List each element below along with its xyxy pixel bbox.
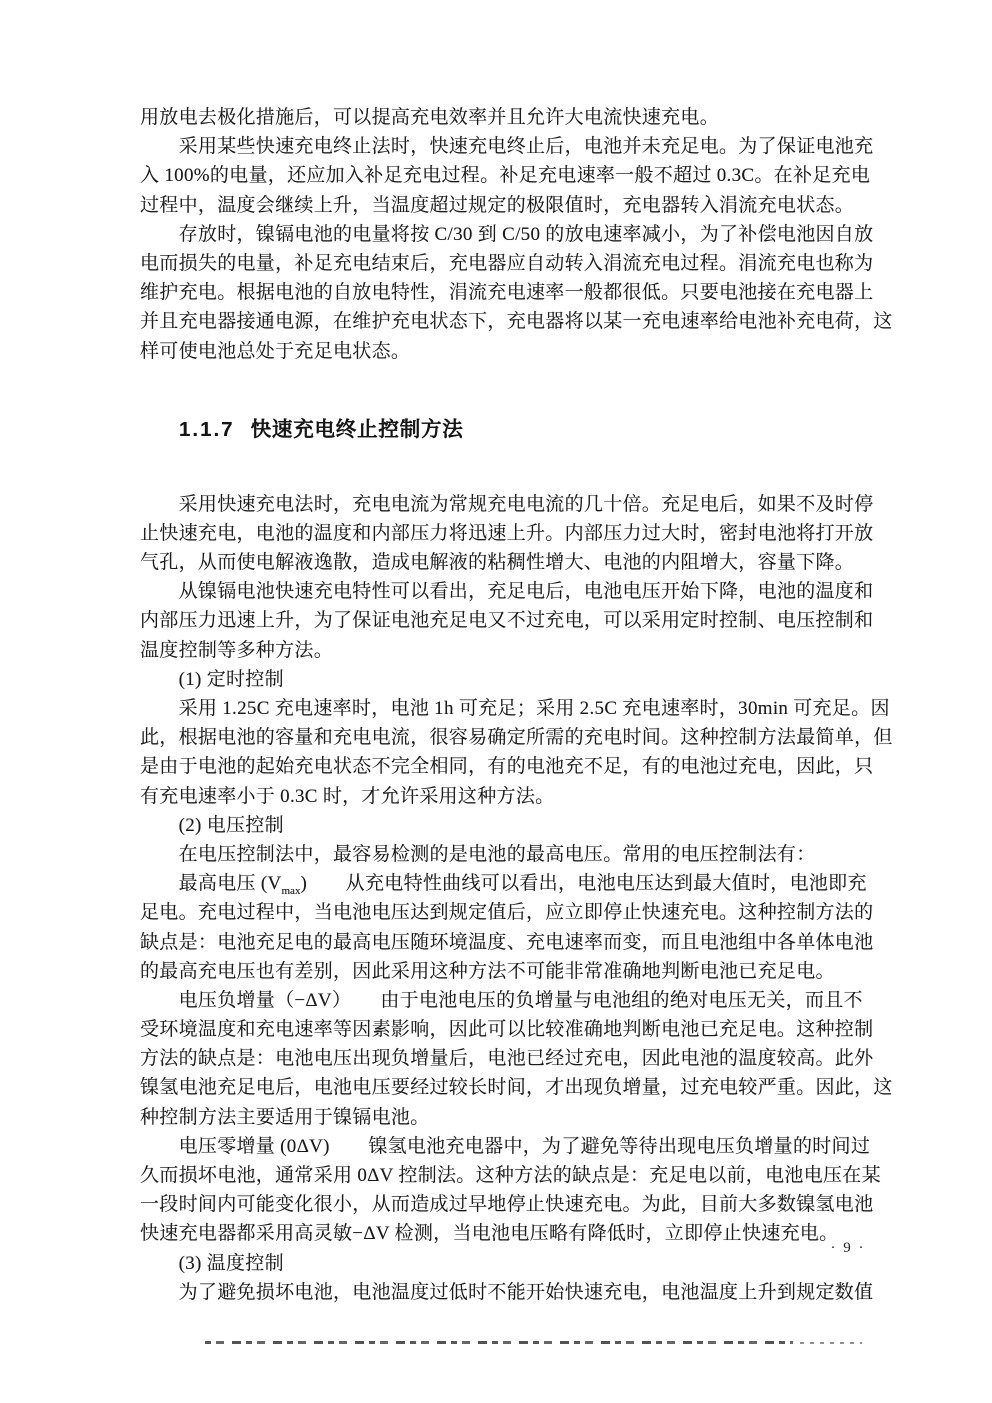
list-item-timed-control: (1) 定时控制 xyxy=(140,665,880,694)
scan-artifact-line-tail xyxy=(800,1342,862,1344)
text-line: 并且充电器接通电源，在维护充电状态下，充电器将以某一充电速率给电池补充电荷，这 xyxy=(140,307,880,336)
text-line: 维护充电。根据电池的自放电特性，涓流充电速率一般都很低。只要电池接在充电器上 xyxy=(140,278,880,307)
text-line: 缺点是：电池充足电的最高电压随环境温度、充电速率而变，而且电池组中各单体电池 xyxy=(140,928,880,957)
text-line: 采用 1.25C 充电速率时，电池 1h 可充足；采用 2.5C 充电速率时，3… xyxy=(140,694,880,723)
text-line: 足电。充电过程中，当电池电压达到规定值后，应立即停止快速充电。这种控制方法的 xyxy=(140,898,880,927)
text-line: 入 100%的电量，还应加入补足充电过程。补足充电速率一般不超过 0.3C。在补… xyxy=(140,161,880,190)
text-line: 存放时，镍镉电池的电量将按 C/30 到 C/50 的放电速率减小，为了补偿电池… xyxy=(140,220,880,249)
text-line: 采用某些快速充电终止法时，快速充电终止后，电池并未充足电。为了保证电池充 xyxy=(140,132,880,161)
text-line: 受环境温度和充电速率等因素影响，因此可以比较准确地判断电池已充足电。这种控制 xyxy=(140,1015,880,1044)
text-line: 电压零增量 (0ΔV) 镍氢电池充电器中，为了避免等待出现电压负增量的时间过 xyxy=(140,1132,880,1161)
text-line-vmax: 最高电压 (Vmax) 从充电特性曲线可以看出，电池电压达到最大值时，电池即充 xyxy=(140,869,880,898)
text-line: 方法的缺点是：电池电压出现负增量后，电池已经过充电，因此电池的温度较高。此外 xyxy=(140,1044,880,1073)
text-line: 电压负增量（−ΔV） 由于电池电压的负增量与电池组的绝对电压无关，而且不 xyxy=(140,986,880,1015)
vmax-post: ) 从充电特性曲线可以看出，电池电压达到最大值时，电池即充 xyxy=(300,873,866,894)
text-line: 气孔，从而使电解液逸散，造成电解液的粘稠性增大、电池的内阻增大，容量下降。 xyxy=(140,548,880,577)
scan-artifact-line xyxy=(205,1341,793,1344)
text-line: 的最高充电压也有差别，因此采用这种方法不可能非常准确地判断电池已充足电。 xyxy=(140,957,880,986)
text-column: 用放电去极化措施后，可以提高充电效率并且允许大电流快速充电。 采用某些快速充电终… xyxy=(140,103,880,1307)
text-line: 过程中，温度会继续上升，当温度超过规定的极限值时，充电器转入涓流充电状态。 xyxy=(140,191,880,220)
text-line: 久而损坏电池，通常采用 0ΔV 控制法。这种方法的缺点是：充足电以前，电池电压在… xyxy=(140,1161,880,1190)
text-line: 采用快速充电法时，充电电流为常规充电电流的几十倍。充足电后，如果不及时停 xyxy=(140,490,880,519)
text-line: 从镍镉电池快速充电特性可以看出，充足电后，电池电压开始下降，电池的温度和 xyxy=(140,577,880,606)
section-title: 快速充电终止控制方法 xyxy=(251,418,464,441)
text-line: 电而损失的电量，补足充电结束后，充电器应自动转入涓流充电过程。涓流充电也称为 xyxy=(140,249,880,278)
scanned-book-page: 用放电去极化措施后，可以提高充电效率并且允许大电流快速充电。 采用某些快速充电终… xyxy=(0,0,992,1403)
text-line: 内部压力迅速上升，为了保证电池充足电又不过充电，可以采用定时控制、电压控制和 xyxy=(140,606,880,635)
page-number: · 9 · xyxy=(818,1240,878,1257)
section-heading: 1.1.7快速充电终止控制方法 xyxy=(140,385,880,475)
list-item-voltage-control: (2) 电压控制 xyxy=(140,811,880,840)
text-line: 温度控制等多种方法。 xyxy=(140,636,880,665)
text-line: 有充电速率小于 0.3C 时，才允许采用这种方法。 xyxy=(140,782,880,811)
text-line: 用放电去极化措施后，可以提高充电效率并且允许大电流快速充电。 xyxy=(140,103,880,132)
text-line: 种控制方法主要适用于镍镉电池。 xyxy=(140,1103,880,1132)
section-number: 1.1.7 xyxy=(179,418,235,441)
text-line: 是由于电池的起始充电状态不完全相同，有的电池充不足，有的电池过充电，因此，只 xyxy=(140,752,880,781)
text-line: 镍氢电池充足电后，电池电压要经过较长时间，才出现负增量，过充电较严重。因此，这 xyxy=(140,1073,880,1102)
text-line: 止快速充电，电池的温度和内部压力将迅速上升。内部压力过大时，密封电池将打开放 xyxy=(140,519,880,548)
text-line: 为了避免损坏电池，电池温度过低时不能开始快速充电，电池温度上升到规定数值 xyxy=(140,1278,880,1307)
text-line: 此，根据电池的容量和充电电流，很容易确定所需的充电时间。这种控制方法最简单，但 xyxy=(140,723,880,752)
text-line: 快速充电器都采用高灵敏−ΔV 检测，当电池电压略有降低时，立即停止快速充电。 xyxy=(140,1219,880,1248)
text-line: 在电压控制法中，最容易检测的是电池的最高电压。常用的电压控制法有： xyxy=(140,840,880,869)
text-line: 样可使电池总处于充足电状态。 xyxy=(140,337,880,366)
list-item-temperature-control: (3) 温度控制 xyxy=(140,1249,880,1278)
text-line: 一段时间内可能变化很小，从而造成过早地停止快速充电。为此，目前大多数镍氢电池 xyxy=(140,1190,880,1219)
vmax-subscript: max xyxy=(282,885,301,897)
vmax-pre: 最高电压 (V xyxy=(140,873,282,894)
